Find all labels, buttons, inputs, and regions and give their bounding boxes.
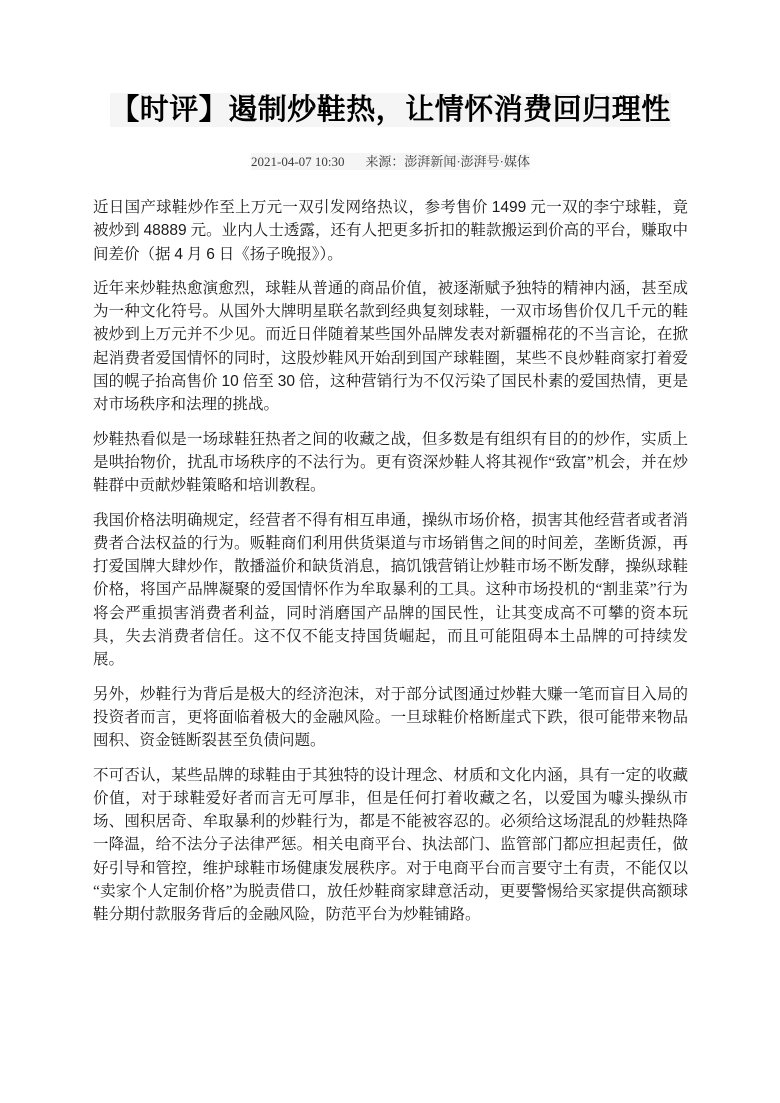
article-byline: 2021-04-07 10:30来源：澎湃新闻·澎湃号·媒体 [93, 152, 688, 171]
publish-datetime: 2021-04-07 10:30 [251, 154, 345, 169]
paragraph: 另外，炒鞋行为背后是极大的经济泡沫，对于部分试图通过炒鞋大赚一笔而盲目入局的投资… [93, 683, 688, 753]
paragraph: 近日国产球鞋炒作至上万元一双引发网络热议，参考售价 1499 元一双的李宁球鞋，… [93, 196, 688, 266]
numeric-text: 30 [278, 373, 295, 390]
numeric-text: 4 [174, 246, 183, 263]
article-page: 【时评】遏制炒鞋热，让情怀消费回归理性 2021-04-07 10:30来源：澎… [0, 0, 780, 1103]
byline-highlight: 2021-04-07 10:30来源：澎湃新闻·澎湃号·媒体 [251, 153, 530, 170]
article-title: 【时评】遏制炒鞋热，让情怀消费回归理性 [93, 90, 688, 131]
source-label: 来源：澎湃新闻·澎湃号·媒体 [365, 154, 530, 169]
paragraph: 炒鞋热看似是一场球鞋狂热者之间的收藏之战，但多数是有组织有目的的炒作，实质上是哄… [93, 428, 688, 498]
article-title-text: 【时评】遏制炒鞋热，让情怀消费回归理性 [110, 93, 671, 127]
numeric-text: 10 [221, 373, 238, 390]
paragraph: 不可否认，某些品牌的球鞋由于其独特的设计理念、材质和文化内涵，具有一定的收藏价值… [93, 764, 688, 927]
paragraph: 近年来炒鞋热愈演愈烈，球鞋从普通的商品价值，被逐渐赋予独特的精神内涵，甚至成为一… [93, 277, 688, 417]
article-body: 近日国产球鞋炒作至上万元一双引发网络热议，参考售价 1499 元一双的李宁球鞋，… [93, 196, 688, 927]
numeric-text: 48889 [144, 222, 187, 239]
numeric-text: 1499 [492, 199, 526, 216]
paragraph: 我国价格法明确规定，经营者不得有相互串通，操纵市场价格，损害其他经营者或者消费者… [93, 509, 688, 672]
numeric-text: 6 [206, 246, 215, 263]
